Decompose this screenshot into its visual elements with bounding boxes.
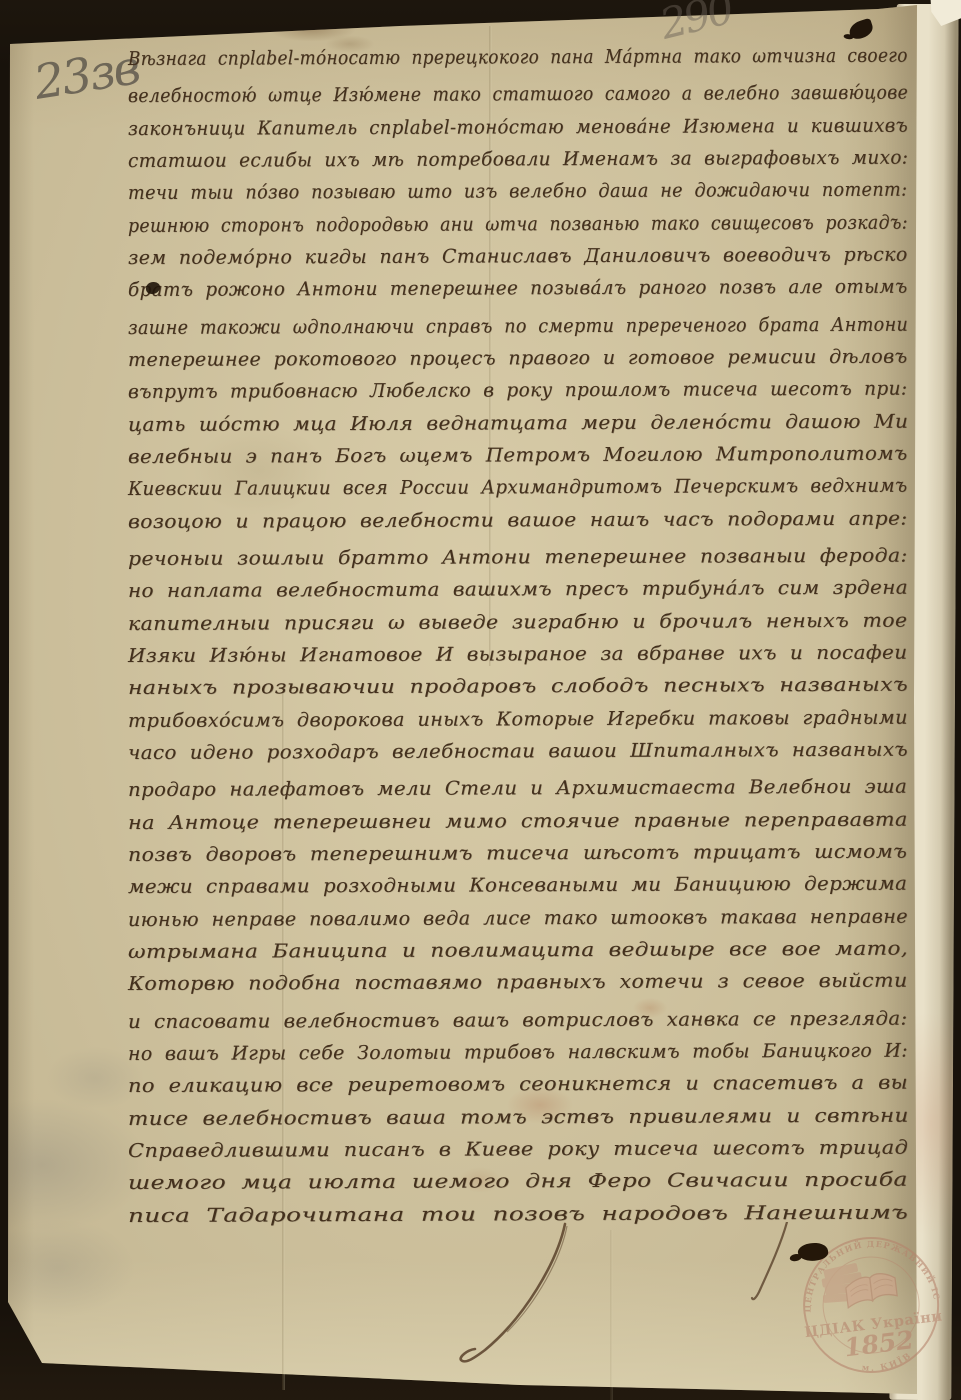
manuscript-line-10: теперешнее рокотового процесъ правого и … xyxy=(128,345,908,370)
manuscript-line-3: законъници Капитель спрlabel-тоно́стаю м… xyxy=(128,114,908,139)
manuscript-line-11: въпрутъ трибовнасю Любелско в року прошл… xyxy=(128,378,908,403)
manuscript-line-1: Вѣзнага спрlabel-то́носатю пререцкокого … xyxy=(128,44,908,69)
manuscript-line-23: продаро налефатовъ мели Стели и Архимист… xyxy=(128,776,907,801)
pen-flourish xyxy=(415,1222,825,1397)
manuscript-line-12: цать шо́стю мца Июля веднатцата мери дел… xyxy=(128,410,908,435)
manuscript-line-21: трибовхо́симъ дворокова иныхъ Которые Иг… xyxy=(128,706,908,731)
manuscript-line-7: зем подемо́рно кигды панъ Станиславъ Дан… xyxy=(128,243,908,268)
manuscript-line-35: шемого мца июлта шемого дня Феро Свичаси… xyxy=(128,1169,908,1194)
manuscript-line-33: тисе велебностивъ ваша томъ эствъ привил… xyxy=(128,1104,909,1129)
manuscript-line-26: межи справами розходными Консеваными ми … xyxy=(128,873,907,898)
manuscript-line-20: наныхъ прозываючии продаровъ слободъ пес… xyxy=(128,674,908,699)
manuscript-line-14: Киевскии Галицкии всея России Архимандри… xyxy=(128,475,908,500)
manuscript-line-27: июнью неправе повалимо веда лисе тако шт… xyxy=(128,905,908,930)
manuscript-line-30: и спасовати велебностивъ вашъ вотрисловъ… xyxy=(128,1007,908,1032)
manuscript-line-29: Которвю подобна поставямо правныхъ хотеч… xyxy=(128,970,908,995)
manuscript-line-13: велебныи э панъ Богъ ωцемъ Петромъ Могил… xyxy=(128,442,908,467)
manuscript-line-28: ωтрымана Баниципа и повлимацита ведшыре … xyxy=(128,938,908,963)
manuscript-line-24: на Антоце теперешвнеи мимо стоячие правн… xyxy=(128,808,908,833)
manuscript-line-34: Справедлившими писанъ в Киеве року тисеч… xyxy=(128,1137,908,1162)
manuscript-line-17: но наплата велебностита вашихмъ пресъ тр… xyxy=(128,577,908,602)
manuscript-line-18: капителныи присяги ω выведе зиграбню и б… xyxy=(128,609,908,634)
manuscript-line-22: часо идено розходаръ велебностаи вашои Ш… xyxy=(128,739,908,764)
manuscript-line-25: позвъ дворовъ теперешнимъ тисеча шѣсотъ … xyxy=(128,840,907,865)
manuscript-line-19: Изяки Изю́ны Игнатовое И вызыраное за вб… xyxy=(128,641,908,666)
manuscript-line-15: возоцою и працою велебности вашое нашъ ч… xyxy=(128,507,908,532)
manuscript-line-4: статшои еслибы ихъ мѣ потребовали Именам… xyxy=(128,146,908,171)
manuscript-line-2: велебностою́ ωтце Изю́мене тако статшого… xyxy=(128,82,908,107)
manuscript-line-31: но вашъ Игры себе Золотыи трибовъ налвск… xyxy=(128,1039,908,1064)
manuscript-line-16: речоныи зошлыи братто Антони теперешнее … xyxy=(128,544,908,569)
manuscript-text: Вѣзнага спрlabel-то́носатю пререцкокого … xyxy=(0,0,935,1400)
manuscript-line-5: течи тыи по́зво позываю што изъ велебно … xyxy=(128,179,907,204)
manuscript-line-32: по еликацию все реиретовомъ сеоникнется … xyxy=(128,1072,908,1097)
manuscript-line-8: братъ рожоно Антони теперешнее позыва́лъ… xyxy=(128,276,908,301)
manuscript-line-6: решнюю сторонъ подородвью ани ωтча позва… xyxy=(128,211,908,236)
manuscript-line-9: зашне такожи ωдполнаючи справъ по смерти… xyxy=(128,313,908,338)
